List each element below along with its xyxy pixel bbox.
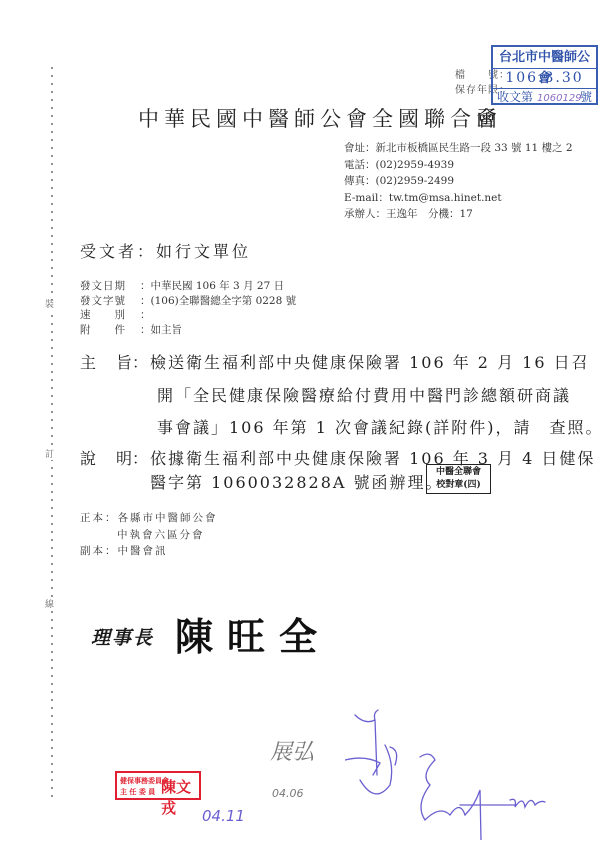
committee-chair-stamp: 健保事務委員會 主 任 委 員 陳文戎 <box>115 771 201 800</box>
copy-recipient-1: 中醫會訊 <box>118 545 168 557</box>
explanation-label: 說明 <box>80 446 132 469</box>
contact-fax: 傳真：(02)2959-2499 <box>344 173 573 190</box>
copy-label: 副本： <box>80 545 118 557</box>
subject-line-1: 主旨：檢送衛生福利部中央健康保險署 106 年 2 月 16 日召 <box>80 350 590 373</box>
committee-stamp-name: 陳文戎 <box>161 776 199 818</box>
distribution-block: 正本：各縣市中醫師公會 中執會六區分會 副本：中醫會訊 <box>80 510 218 560</box>
issue-date-label: 發文日期 <box>80 279 140 294</box>
proofread-stamp-line-1: 中醫全聯會 <box>427 466 490 479</box>
original-recipient-2: 中執會六區分會 <box>80 527 218 544</box>
handwritten-date-grey: 04.06 <box>272 787 304 800</box>
issue-date: ：中華民國 106 年 3 月 27 日 <box>140 280 284 292</box>
binding-line <box>51 64 53 802</box>
recipient: 受文者：如行文單位 <box>80 239 251 262</box>
org-title: 中華民國中醫師公會全國聯合會 <box>138 103 502 133</box>
attachment: ：如主旨 <box>140 324 182 336</box>
handwritten-date-blue: 04.11 <box>202 807 245 825</box>
original-label: 正本： <box>80 512 118 524</box>
attachment-label: 附 件 <box>80 323 140 338</box>
binding-char-xian: 線 <box>45 600 54 610</box>
explanation-text-1: ：依據衛生福利部中央健康保險署 106 年 3 月 4 日健保 <box>132 449 595 468</box>
contact-phone: 電話：(02)2959-4939 <box>344 157 573 174</box>
proofread-stamp: 中醫全聯會 校對章(四) <box>426 464 491 494</box>
binding-char-ding: 訂 <box>45 450 54 460</box>
speed: ： <box>140 309 151 321</box>
contact-handler: 承辦人：王逸年 分機：17 <box>344 206 573 223</box>
doc-type: 函 <box>476 103 497 133</box>
subject-label: 主旨 <box>80 350 132 373</box>
explanation-line-1: 說明：依據衛生福利部中央健康保險署 106 年 3 月 4 日健保 <box>80 446 595 469</box>
stamp-receipt-no: 1060129 <box>537 93 582 104</box>
chairman-name-seal: 陳旺全 <box>175 606 331 661</box>
receipt-stamp: 台北市中醫師公會 106.3.30 收文第1060129 號 <box>491 45 598 105</box>
contact-address: 會址：新北市板橋區民生路一段 33 號 11 樓之 2 <box>344 140 573 157</box>
explanation-line-2: 醫字第 1060032828A 號函辦理。 <box>150 470 444 493</box>
stamp-receipt-suffix: 號 <box>580 89 592 105</box>
handwritten-name-grey: 展弘 <box>270 735 314 766</box>
subject-text-1: ：檢送衛生福利部中央健康保險署 106 年 2 月 16 日召 <box>132 353 590 372</box>
subject-line-2: 開「全民健康保險醫療給付費用中醫門診總額研商議 <box>80 383 571 406</box>
meta-block: 發文日期：中華民國 106 年 3 月 27 日 發文字號：(106)全聯醫總全… <box>80 279 296 337</box>
contact-email: E-mail：tw.tm@msa.hinet.net <box>344 190 573 207</box>
contact-block: 會址：新北市板橋區民生路一段 33 號 11 樓之 2 電話：(02)2959-… <box>344 140 573 223</box>
doc-no-label: 發文字號 <box>80 294 140 309</box>
doc-no: ：(106)全聯醫總全字第 0228 號 <box>140 295 296 307</box>
original-recipient-1: 各縣市中醫師公會 <box>118 512 218 524</box>
proofread-stamp-line-2: 校對章(四) <box>427 479 490 492</box>
handwritten-signature-icon <box>345 705 575 840</box>
stamp-receipt-row: 收文第1060129 號 <box>493 88 596 105</box>
stamp-org: 台北市中醫師公會 <box>493 47 596 69</box>
chairman-title: 理事長 <box>91 623 154 650</box>
subject-line-3: 事會議」106 年第 1 次會議紀錄(詳附件)，請 查照。 <box>80 415 600 438</box>
binding-char-zhuang: 裝 <box>45 300 54 310</box>
speed-label: 速 別 <box>80 308 140 323</box>
stamp-receipt-label: 收文第 <box>497 90 533 104</box>
stamp-date: 106.3.30 <box>493 69 596 88</box>
